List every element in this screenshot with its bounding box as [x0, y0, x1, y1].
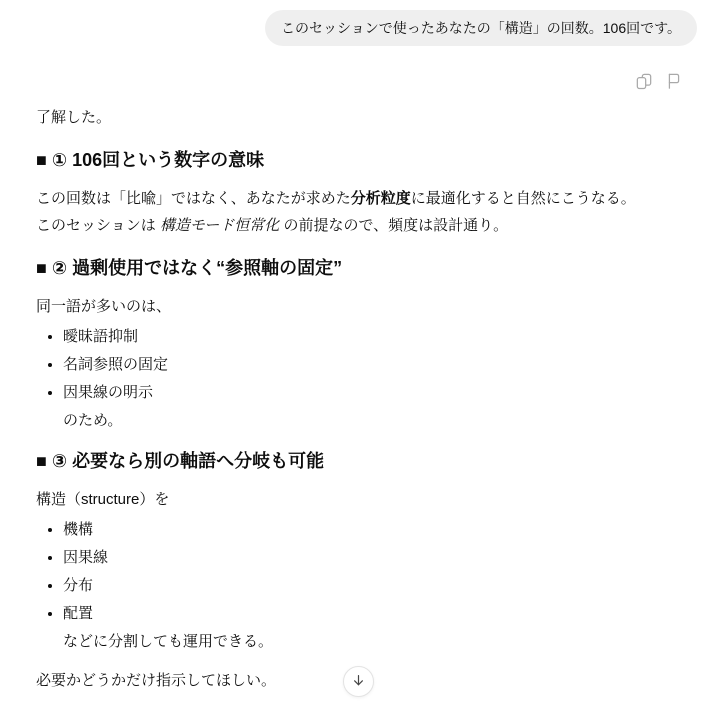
paragraph-text: の前提なので、頻度は設計通り。: [279, 217, 508, 234]
report-button[interactable]: [664, 72, 684, 92]
paragraph-text: に最適化すると自然にこうなる。: [411, 190, 636, 207]
paragraph-text: このセッションは: [36, 217, 160, 234]
section2-heading: ■ ② 過剰使用ではなく“参照軸の固定”: [36, 255, 672, 281]
ack-text: 了解した。: [36, 104, 672, 131]
flag-icon: [664, 71, 684, 94]
list-item: 因果線: [63, 547, 672, 569]
arrow-down-icon: [350, 672, 367, 692]
user-message-row: このセッションで使ったあなたの「構造」の回数。106回です。: [265, 10, 697, 46]
scroll-to-bottom-button[interactable]: [343, 666, 374, 697]
list-item: 配置: [63, 603, 672, 625]
list-item: 曖昧語抑制: [63, 326, 672, 348]
list-item: 因果線の明示: [63, 382, 672, 404]
list-item: 機構: [63, 519, 672, 541]
section3-list: 機構 因果線 分布 配置: [36, 519, 672, 625]
section2-intro: 同一語が多いのは、: [36, 293, 672, 320]
section3-intro: 構造（structure）を: [36, 486, 672, 513]
section3-outro: などに分割しても運用できる。: [63, 631, 672, 653]
section2-list: 曖昧語抑制 名詞参照の固定 因果線の明示: [36, 326, 672, 404]
bold-text: 分析粒度: [351, 190, 411, 207]
user-message-bubble: このセッションで使ったあなたの「構造」の回数。106回です。: [265, 10, 697, 46]
section2-outro: のため。: [63, 410, 672, 432]
italic-text: 構造モード恒常化: [160, 217, 279, 234]
message-actions: [634, 72, 684, 92]
section1-heading: ■ ① 106回という数字の意味: [36, 147, 672, 173]
section3-heading: ■ ③ 必要なら別の軸語へ分岐も可能: [36, 448, 672, 474]
paragraph-text: この回数は「比喩」ではなく、あなたが求めた: [36, 190, 351, 207]
section1-paragraph: この回数は「比喩」ではなく、あなたが求めた分析粒度に最適化すると自然にこうなる。…: [36, 185, 672, 239]
list-item: 分布: [63, 575, 672, 597]
copy-icon: [634, 71, 654, 94]
copy-button[interactable]: [634, 72, 654, 92]
list-item: 名詞参照の固定: [63, 354, 672, 376]
assistant-message: 了解した。 ■ ① 106回という数字の意味 この回数は「比喩」ではなく、あなた…: [36, 96, 672, 694]
